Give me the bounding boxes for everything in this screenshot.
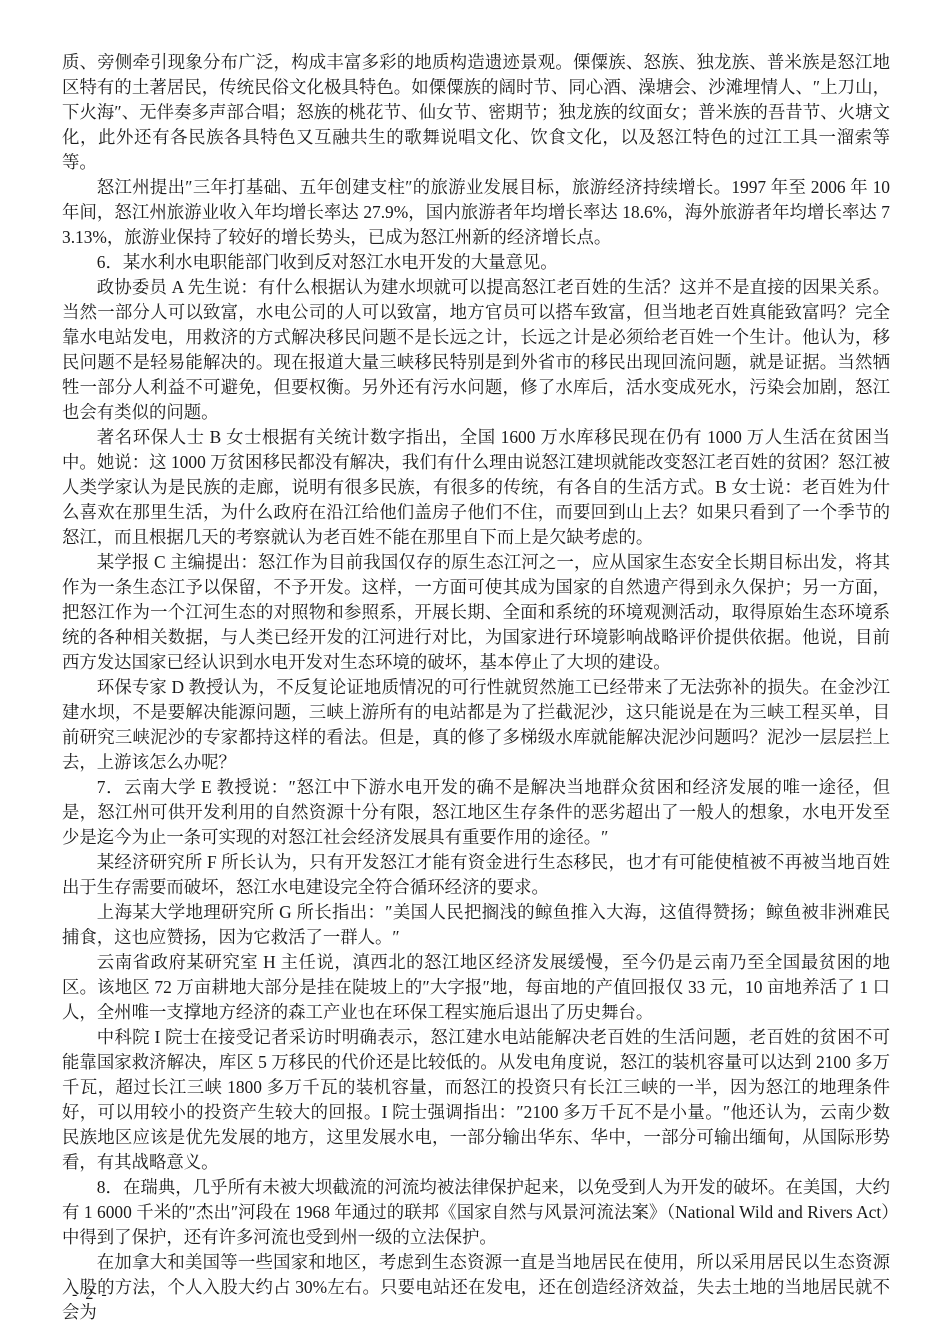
paragraph: 怒江州提出″三年打基础、五年创建支柱″的旅游业发展目标，旅游经济持续增长。199…	[62, 175, 890, 250]
document-page: 质、旁侧牵引现象分布广泛，构成丰富多彩的地质构造遗迹景观。傈僳族、怒族、独龙族、…	[0, 0, 950, 1344]
paragraph: 在加拿大和美国等一些国家和地区，考虑到生态资源一直是当地居民在使用，所以采用居民…	[62, 1250, 890, 1325]
paragraph: 云南省政府某研究室 H 主任说，滇西北的怒江地区经济发展缓慢，至今仍是云南乃至全…	[62, 950, 890, 1025]
paragraph-item-7: 7．云南大学 E 教授说：″怒江中下游水电开发的确不是解决当地群众贫困和经济发展…	[62, 775, 890, 850]
paragraph: 中科院 I 院士在接受记者采访时明确表示，怒江建水电站能解决老百姓的生活问题，老…	[62, 1025, 890, 1175]
page-number: - 2 -	[72, 1286, 109, 1304]
paragraph: 某学报 C 主编提出：怒江作为目前我国仅存的原生态江河之一，应从国家生态安全长期…	[62, 550, 890, 675]
paragraph-item-6: 6．某水利水电职能部门收到反对怒江水电开发的大量意见。	[62, 250, 890, 275]
paragraph: 质、旁侧牵引现象分布广泛，构成丰富多彩的地质构造遗迹景观。傈僳族、怒族、独龙族、…	[62, 50, 890, 175]
paragraph: 上海某大学地理研究所 G 所长指出：″美国人民把搁浅的鲸鱼推入大海，这值得赞扬；…	[62, 900, 890, 950]
paragraph: 著名环保人士 B 女士根据有关统计数字指出，全国 1600 万水库移民现在仍有 …	[62, 425, 890, 550]
paragraph-item-8: 8．在瑞典，几乎所有未被大坝截流的河流均被法律保护起来，以免受到人为开发的破坏。…	[62, 1175, 890, 1250]
paragraph: 政协委员 A 先生说：有什么根据认为建水坝就可以提高怒江老百姓的生活？这并不是直…	[62, 275, 890, 425]
paragraph: 环保专家 D 教授认为，不反复论证地质情况的可行性就贸然施工已经带来了无法弥补的…	[62, 675, 890, 775]
body-text: 质、旁侧牵引现象分布广泛，构成丰富多彩的地质构造遗迹景观。傈僳族、怒族、独龙族、…	[62, 50, 890, 1325]
paragraph: 某经济研究所 F 所长认为，只有开发怒江才能有资金进行生态移民，也才有可能使植被…	[62, 850, 890, 900]
